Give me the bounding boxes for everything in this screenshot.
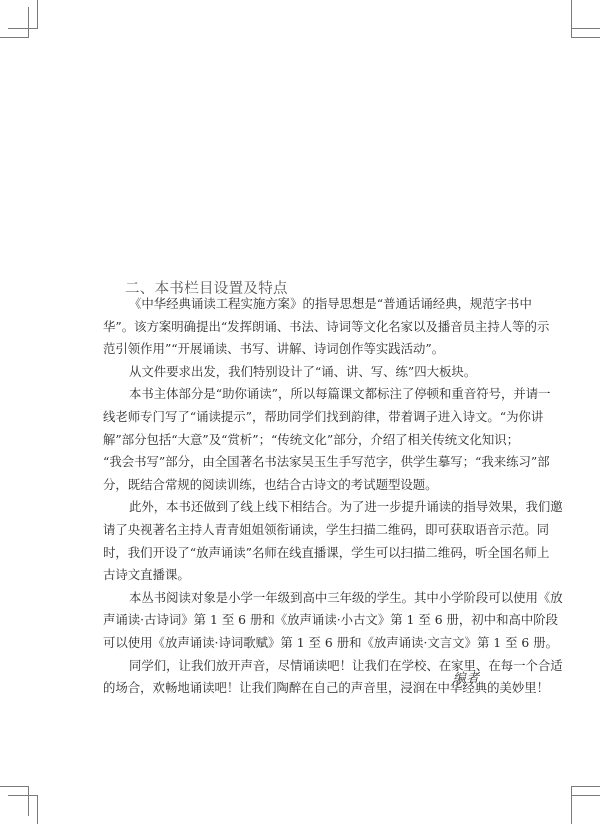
crop-mark-top-right [571,37,600,38]
text-line: 从文件要求出发，我们特别设计了“诵、讲、写、练”四大板块。 [103,361,498,384]
text-line: 本丛书阅读对象是小学一年级到高中三年级的学生。其中小学阶段可以使用《放 [103,587,498,610]
paragraph: 同学们，让我们放开声音，尽情诵读吧！让我们在学校、在家里、在每一个合适 的场合，… [103,655,498,700]
text-line: 线老师专门写了“诵读提示”，帮助同学们找到韵律，带着调子进入诗文。“为你讲 [103,406,498,429]
signature: 编者 [453,668,480,686]
crop-mark-top-right [571,0,572,38]
text-line: 范引领作用”“开展诵读、书写、讲解、诗词创作等实践活动”。 [103,338,498,361]
body-text: 《中华经典诵读工程实施方案》的指导思想是“普通话诵经典，规范字书中 华”。该方案… [103,293,498,700]
paragraph: 本丛书阅读对象是小学一年级到高中三年级的学生。其中小学阶段可以使用《放 声诵读·… [103,587,498,655]
text-line: 《中华经典诵读工程实施方案》的指导思想是“普通话诵经典，规范字书中 [103,293,498,316]
crop-mark-bottom-left [0,786,29,787]
text-line: 声诵读·古诗词》第 1 至 6 册和《放声诵读·小古文》第 1 至 6 册，初中… [103,609,498,632]
text-line: 时，我们开设了“放声诵读”名师在线直播课，学生可以扫描二维码，听全国名师上 [103,542,498,565]
crop-mark-bottom-right [571,786,572,824]
paragraph: 此外，本书还做到了线上线下相结合。为了进一步提升诵读的指导效果，我们邀 请了央视… [103,496,498,586]
text-line: 此外，本书还做到了线上线下相结合。为了进一步提升诵读的指导效果，我们邀 [103,496,498,519]
text-line: 分，既结合常规的阅读训练，也结合古诗文的考试题型设题。 [103,474,498,497]
crop-mark-bottom-right [571,786,600,787]
crop-mark-bottom-left [37,795,38,824]
crop-mark-top-left [0,37,29,38]
text-line: 请了央视著名主持人青青姐姐领衔诵读，学生扫描二维码，即可获取语音示范。同 [103,519,498,542]
text-line: “我会书写”部分，由全国著名书法家吴玉生手写范字，供学生摹写；“我来练习”部 [103,451,498,474]
text-line: 古诗文直播课。 [103,564,498,587]
crop-mark-bottom-left [8,795,38,796]
crop-mark-top-left [37,0,38,29]
paragraph: 《中华经典诵读工程实施方案》的指导思想是“普通话诵经典，规范字书中 华”。该方案… [103,293,498,361]
crop-mark-bottom-right [571,795,600,796]
crop-mark-top-left [28,7,29,38]
text-line: 的场合，欢畅地诵读吧！让我们陶醉在自己的声音里，浸润在中华经典的美妙里！ [103,677,498,700]
text-line: 可以使用《放声诵读·诗词歌赋》第 1 至 6 册和《放声诵读·文言文》第 1 至… [103,632,498,655]
crop-mark-top-right [571,28,600,29]
crop-mark-top-left [8,28,38,29]
text-line: 华”。该方案明确提出“发挥朗诵、书法、诗词等文化名家以及播音员主持人等的示 [103,316,498,339]
text-line: 本书主体部分是“助你诵读”，所以每篇课文都标注了停顿和重音符号，并请一 [103,383,498,406]
paragraph: 从文件要求出发，我们特别设计了“诵、讲、写、练”四大板块。 [103,361,498,384]
crop-mark-bottom-left [28,786,29,816]
text-line: 同学们，让我们放开声音，尽情诵读吧！让我们在学校、在家里、在每一个合适 [103,655,498,678]
paragraph: 本书主体部分是“助你诵读”，所以每篇课文都标注了停顿和重音符号，并请一 线老师专… [103,383,498,496]
text-line: 解”部分包括“大意”及“赏析”；“传统文化”部分，介绍了相关传统文化知识； [103,429,498,452]
